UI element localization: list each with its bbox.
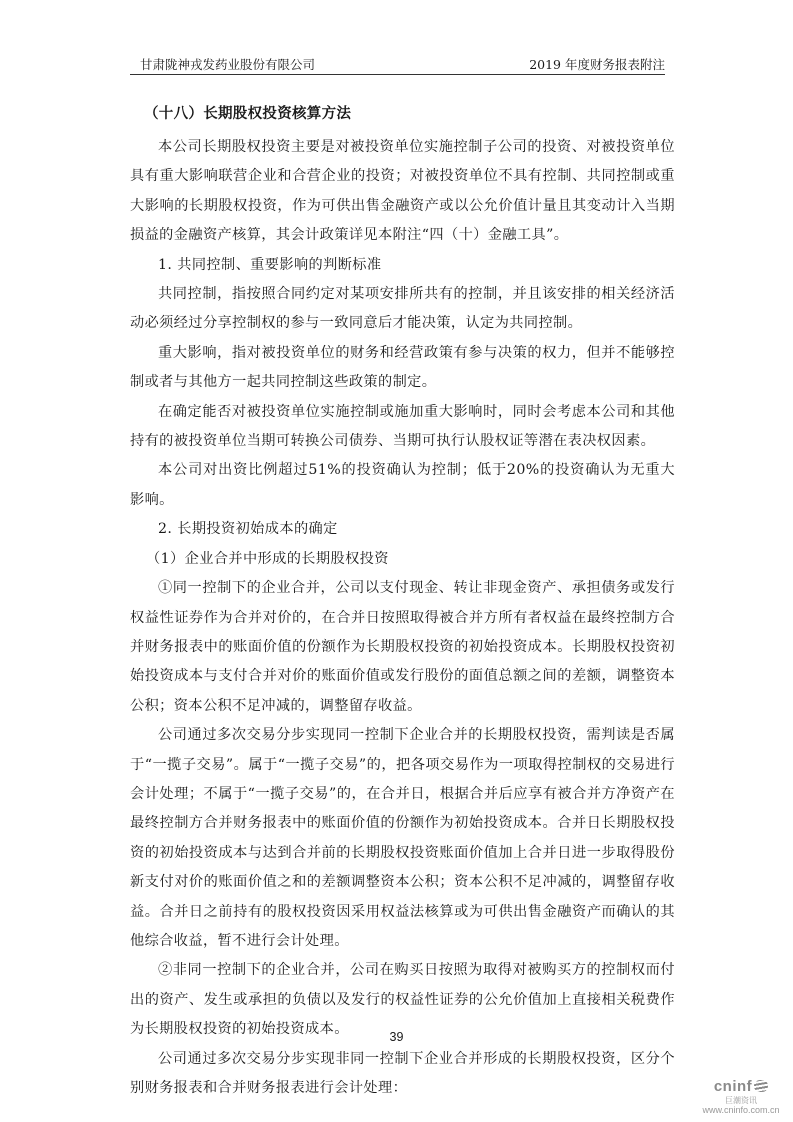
page-number: 39 <box>0 1030 793 1044</box>
page-header: 甘肃陇神戎发药业股份有限公司 2019 年度财务报表附注 <box>130 52 665 75</box>
subheading-business-combination: （1）企业合并中形成的长期股权投资 <box>130 545 675 574</box>
report-title: 2019 年度财务报表附注 <box>529 55 665 73</box>
cninfo-watermark: cninf 巨潮资讯 www.cninfo.com.cn <box>695 1078 787 1116</box>
paragraph-ownership-thresholds: 本公司对出资比例超过51%的投资确认为控制；低于20%的投资确认为无重大影响。 <box>130 456 675 515</box>
subheading-joint-control-criteria: 1. 共同控制、重要影响的判断标准 <box>130 251 675 280</box>
cninfo-logo-icon <box>754 1080 768 1092</box>
company-name: 甘肃陇神戎发药业股份有限公司 <box>140 55 315 73</box>
paragraph-scope: 本公司长期股权投资主要是对被投资单位实施控制子公司的投资、对被投资单位具有重大影… <box>130 133 675 251</box>
document-body: （十八）长期股权投资核算方法 本公司长期股权投资主要是对被投资单位实施控制子公司… <box>130 104 675 1103</box>
section-heading: （十八）长期股权投资核算方法 <box>144 104 675 124</box>
paragraph-joint-control: 共同控制，指按照合同约定对某项安排所共有的控制，并且该安排的相关经济活动必须经过… <box>130 280 675 339</box>
watermark-brand: cninf <box>714 1078 752 1095</box>
paragraph-potential-voting-rights: 在确定能否对被投资单位实施控制或施加重大影响时，同时会考虑本公司和其他持有的被投… <box>130 398 675 457</box>
paragraph-stepwise-common-control: 公司通过多次交易分步实现同一控制下企业合并的长期股权投资，需判读是否属于“一揽子… <box>130 721 675 956</box>
watermark-chinese: 巨潮资讯 <box>695 1096 787 1105</box>
watermark-url: www.cninfo.com.cn <box>695 1105 787 1116</box>
subheading-initial-cost: 2. 长期投资初始成本的确定 <box>130 515 675 544</box>
paragraph-stepwise-non-common-control: 公司通过多次交易分步实现非同一控制下企业合并形成的长期股权投资，区分个别财务报表… <box>130 1045 675 1104</box>
paragraph-significant-influence: 重大影响，指对被投资单位的财务和经营政策有参与决策的权力，但并不能够控制或者与其… <box>130 339 675 398</box>
paragraph-common-control-combination: ①同一控制下的企业合并，公司以支付现金、转让非现金资产、承担债务或发行权益性证券… <box>130 574 675 721</box>
